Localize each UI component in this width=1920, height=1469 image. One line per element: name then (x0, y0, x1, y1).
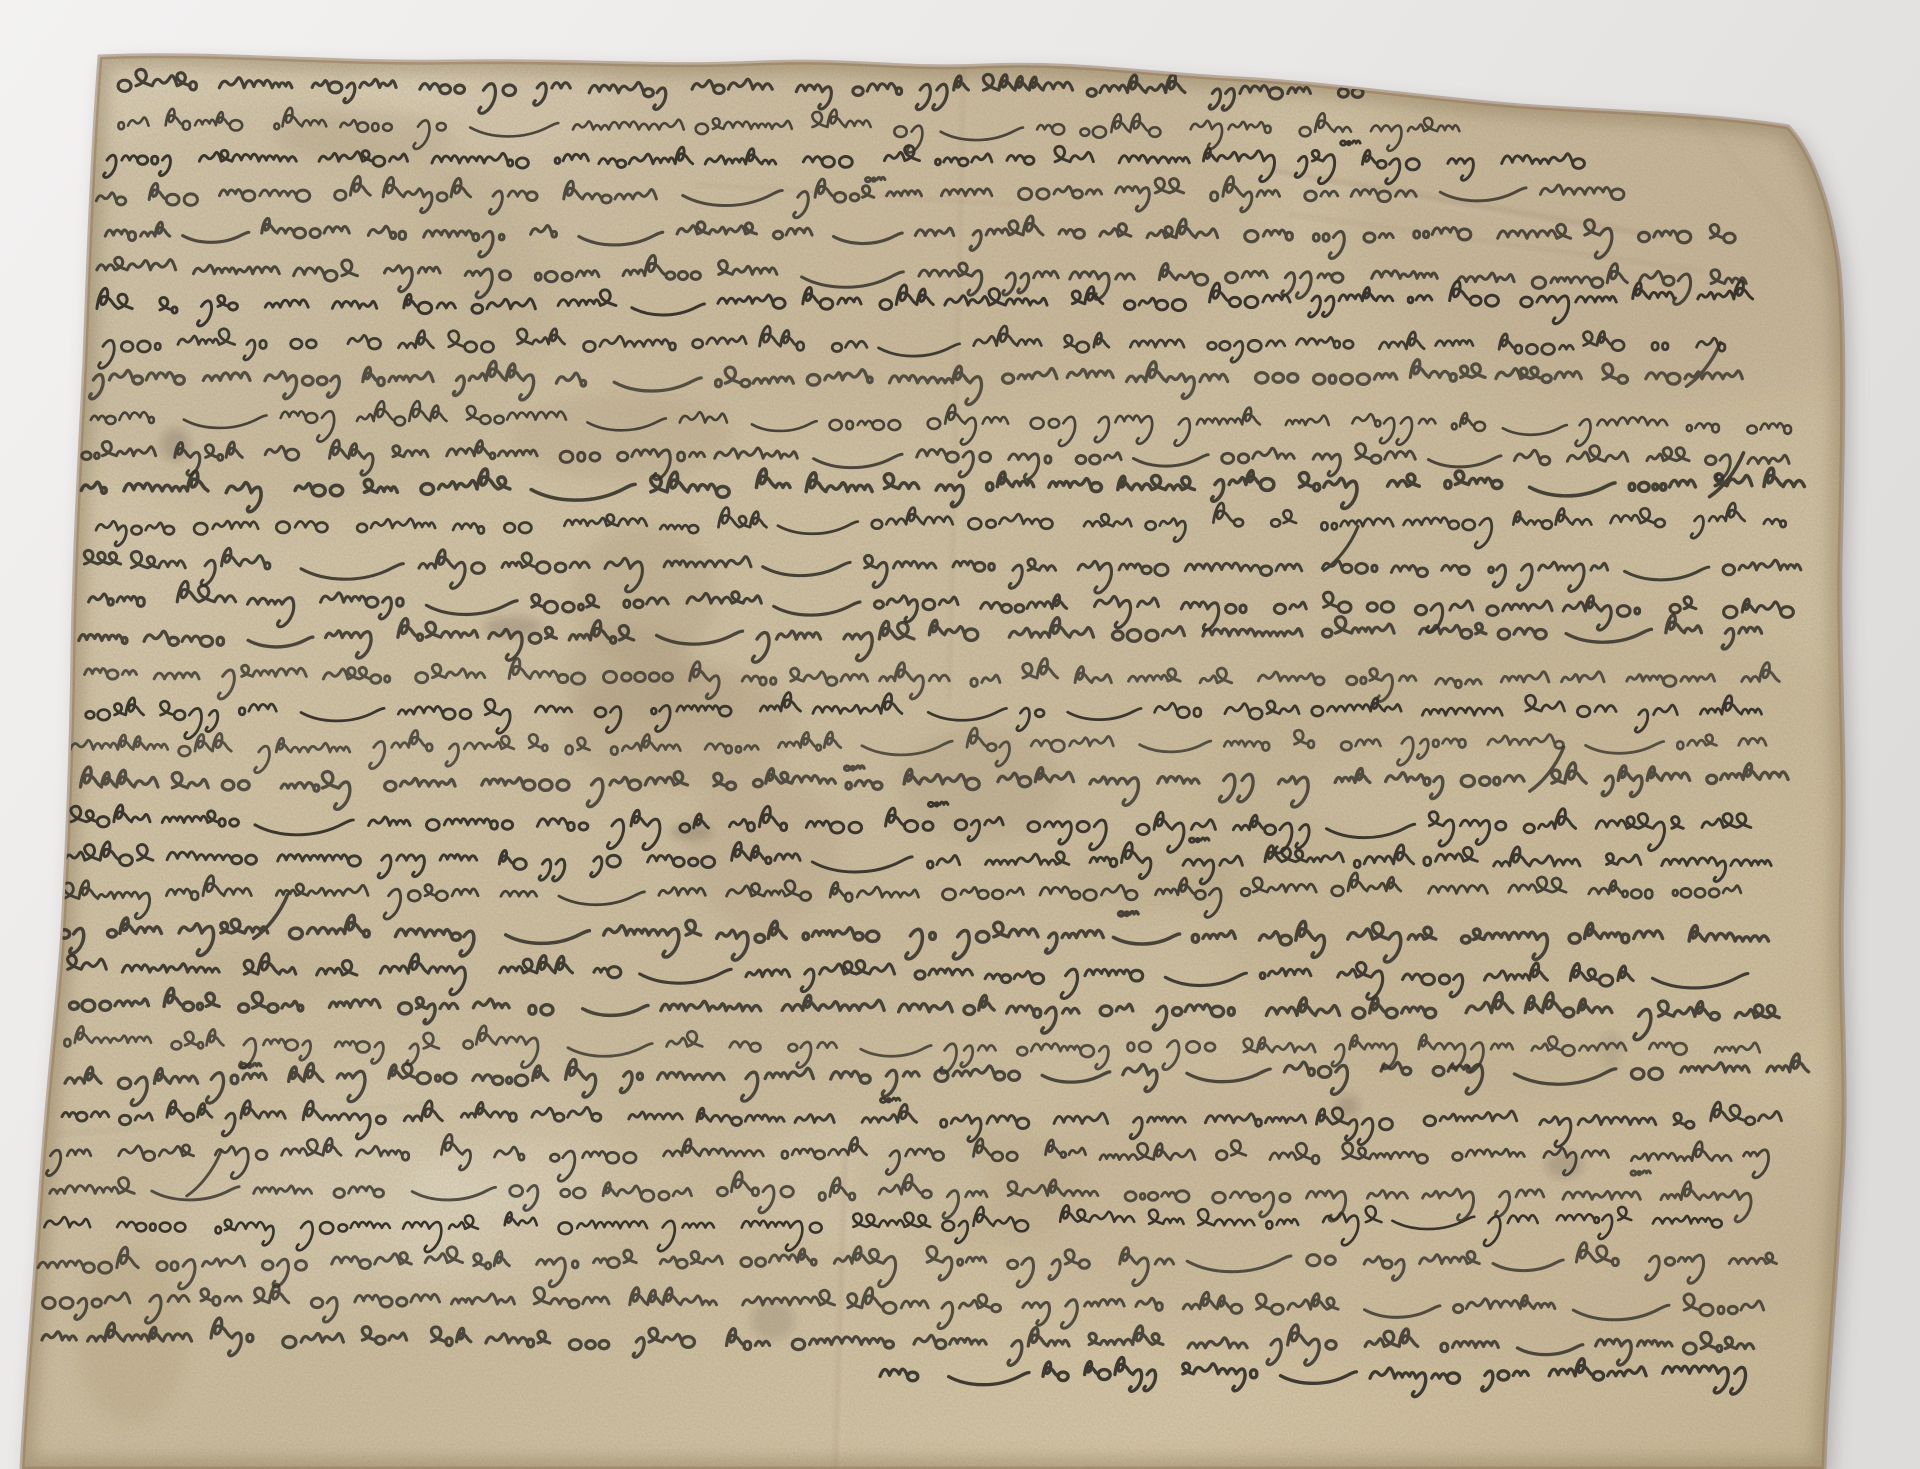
parchment-sheet (0, 0, 1920, 1469)
parchment-photo-canvas (0, 0, 1920, 1469)
manuscript-photo (0, 0, 1920, 1469)
